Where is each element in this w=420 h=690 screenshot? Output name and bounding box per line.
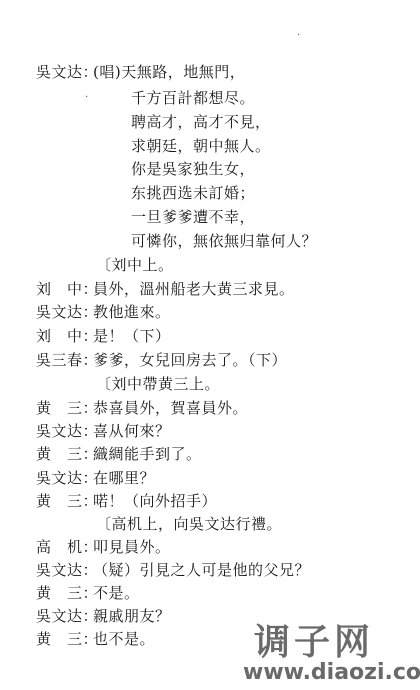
dialogue-text: （疑）引見之人可是他的父兄？ xyxy=(93,561,310,579)
dialogue-line: 刘 中：是！（下） xyxy=(36,327,171,345)
dialogue-text: (唱)天無路，地無門， xyxy=(93,63,245,81)
dialogue-line: 吳文达：(唱)天無路，地無門， xyxy=(36,63,245,81)
dialogue-line: 黄 三：也不是。 xyxy=(36,630,155,648)
verse-line: 你是吳家独生女， xyxy=(131,160,255,178)
dialogue-line: 吳文达：教他進來。 xyxy=(36,303,171,321)
stage-direction: 〔刘中帶黄三上。 xyxy=(96,375,220,393)
verse-line: 聘高才，高才不見， xyxy=(131,113,271,131)
dialogue-line: 刘 中：員外，溫州船老大黄三求見。 xyxy=(36,280,295,298)
watermark-url: www.diaozi.com xyxy=(243,660,420,685)
dialogue-text: 員外，溫州船老大黄三求見。 xyxy=(93,280,295,298)
dialogue-text: 喜从何來？ xyxy=(93,422,171,440)
dialogue-text: 叩見員外。 xyxy=(93,538,171,556)
speaker-name: 高 机： xyxy=(36,538,93,556)
dialogue-text: 在哪里？ xyxy=(93,469,155,487)
speaker-name: 吳文达： xyxy=(36,63,93,81)
dialogue-line: 吳文达：喜从何來？ xyxy=(36,422,171,440)
dialogue-text: 喏！（向外招手） xyxy=(93,492,217,510)
scanned-page: · · 吳文达：(唱)天無路，地無門， 千方百計都想尽。 聘高才，高才不見， 求… xyxy=(0,0,420,690)
dialogue-text: 教他進來。 xyxy=(93,303,171,321)
dialogue-text: 不是。 xyxy=(93,584,140,602)
speaker-name: 吳文达： xyxy=(36,561,93,579)
verse-line: 求朝廷，朝中無人。 xyxy=(131,137,271,155)
dialogue-text: 也不是。 xyxy=(93,630,155,648)
dialogue-line: 吳文达：親戚朋友？ xyxy=(36,607,171,625)
speaker-name: 黄 三： xyxy=(36,492,93,510)
speaker-name: 吳三春： xyxy=(36,351,93,369)
speaker-name: 黄 三： xyxy=(36,584,93,602)
verse-line: 可憐你，無依無归靠何人？ xyxy=(131,232,317,250)
dialogue-text: 是！（下） xyxy=(93,327,171,345)
verse-line: 一旦爹爹遭不幸， xyxy=(131,208,255,226)
dialogue-line: 高 机：叩見員外。 xyxy=(36,538,171,556)
speaker-name: 吳文达： xyxy=(36,607,93,625)
dialogue-text: 親戚朋友？ xyxy=(93,607,171,625)
watermark-logo: 调子网 xyxy=(254,614,374,665)
dialogue-text: 恭喜員外，賀喜員外。 xyxy=(93,399,248,417)
dialogue-line: 黄 三：織綢能手到了。 xyxy=(36,445,202,463)
speaker-name: 刘 中： xyxy=(36,280,93,298)
speaker-name: 吳文达： xyxy=(36,469,93,487)
speaker-name: 吳文达： xyxy=(36,422,93,440)
verse-line: 东挑西选未訂婚； xyxy=(131,184,255,202)
speaker-name: 黄 三： xyxy=(36,399,93,417)
stage-direction: 〔高机上，向吳文达行禮。 xyxy=(96,515,282,533)
dialogue-text: 織綢能手到了。 xyxy=(93,445,202,463)
speaker-name: 黄 三： xyxy=(36,630,93,648)
stage-direction: 〔刘中上。 xyxy=(96,256,174,274)
scan-speck: · xyxy=(297,30,300,41)
dialogue-line: 吳三春：爹爹，女兒回房去了。（下） xyxy=(36,351,287,369)
verse-line: 千方百計都想尽。 xyxy=(131,89,255,107)
dialogue-line: 吳文达：（疑）引見之人可是他的父兄？ xyxy=(36,561,310,579)
speaker-name: 刘 中： xyxy=(36,327,93,345)
dialogue-text: 爹爹，女兒回房去了。（下） xyxy=(93,351,287,369)
dialogue-line: 黄 三：喏！（向外招手） xyxy=(36,492,217,510)
dialogue-line: 黄 三：恭喜員外，賀喜員外。 xyxy=(36,399,248,417)
scan-speck: · xyxy=(85,92,88,103)
speaker-name: 吳文达： xyxy=(36,303,93,321)
dialogue-line: 吳文达：在哪里？ xyxy=(36,469,155,487)
dialogue-line: 黄 三：不是。 xyxy=(36,584,140,602)
speaker-name: 黄 三： xyxy=(36,445,93,463)
